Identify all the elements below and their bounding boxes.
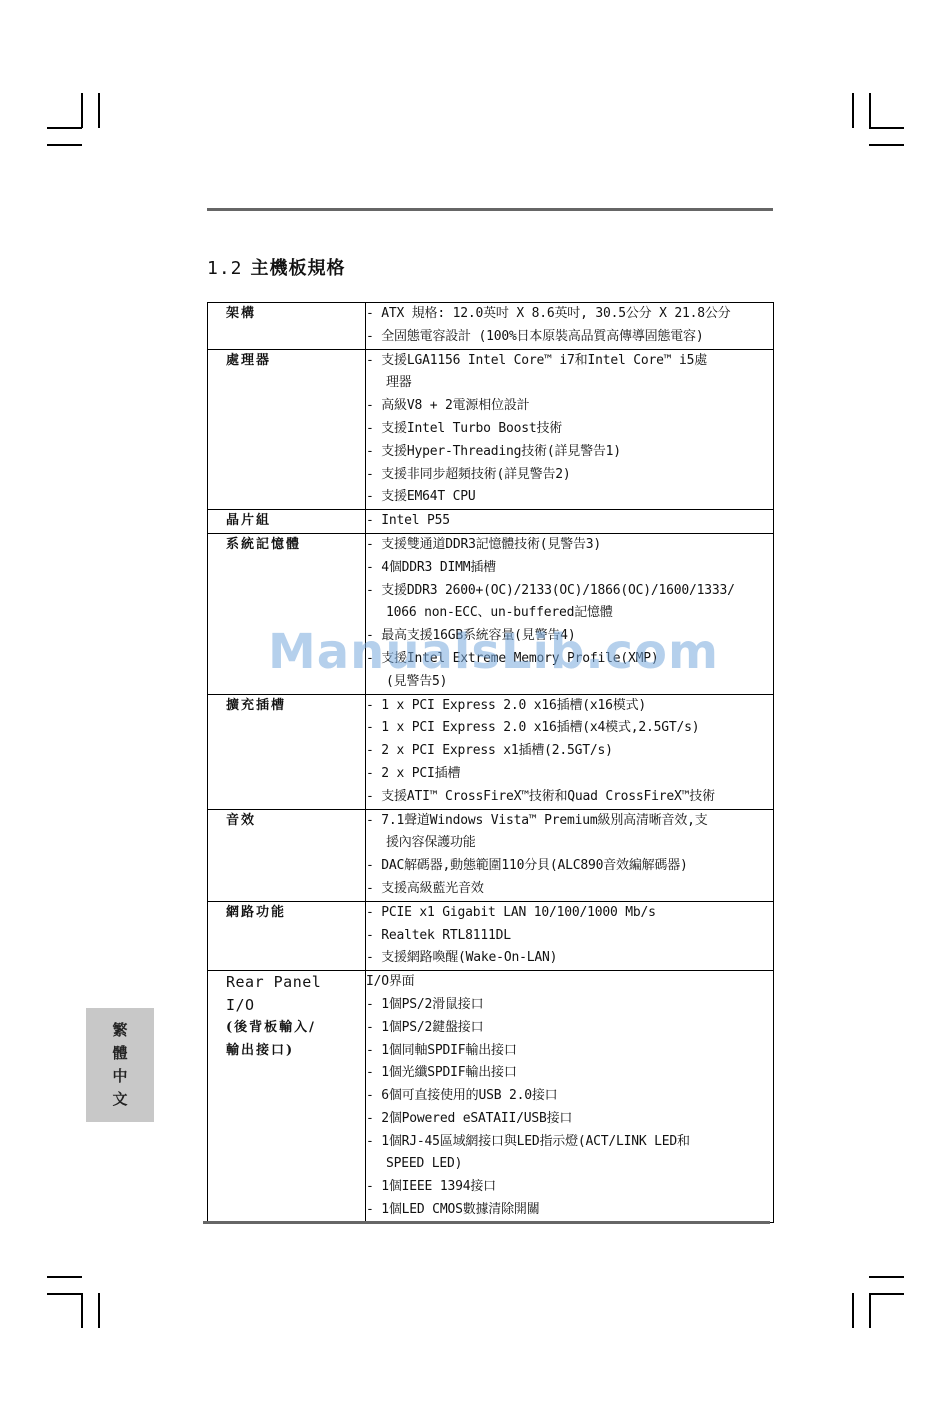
spec-row: 網路功能- PCIE x1 Gigabit LAN 10/100/1000 Mb… [208, 901, 774, 970]
spec-row: 架構- ATX 規格: 12.0英吋 X 8.6英吋, 30.5公分 X 21.… [208, 303, 774, 350]
spec-item: - 2個Powered eSATAII/USB接口 [366, 1108, 773, 1131]
section-heading: 1.2主機板規格 [207, 254, 346, 280]
spec-label-cell: 系統記憶體 [208, 533, 366, 694]
spec-items-cell: - 支援雙通道DDR3記憶體技術(見警告3)- 4個DDR3 DIMM插槽- 支… [366, 533, 774, 694]
spec-label-cell: Rear PanelI/O(後背板輸入/ 輸出接口) [208, 971, 366, 1223]
crop-mark-top-right-v2 [869, 93, 871, 128]
crop-mark-bottom-right-v2 [869, 1293, 871, 1328]
spec-label: 網路功能 [226, 902, 365, 925]
spec-items-cell: - 7.1聲道Windows Vista™ Premium級別高清晰音效,支 援… [366, 809, 774, 901]
crop-mark-bottom-left-v1 [81, 1293, 83, 1328]
spec-item: - 1個LED CMOS數據清除開關 [366, 1199, 773, 1222]
spec-items-cell: - ATX 規格: 12.0英吋 X 8.6英吋, 30.5公分 X 21.8公… [366, 303, 774, 350]
spec-item: - 6個可直接使用的USB 2.0接口 [366, 1085, 773, 1108]
spec-item: - 支援Intel Extreme Memory Profile(XMP) [366, 648, 773, 671]
spec-label: 處理器 [226, 350, 365, 373]
spec-item: - 支援Hyper-Threading技術(詳見警告1) [366, 441, 773, 464]
spec-item: - 支援高級藍光音效 [366, 878, 773, 901]
side-tab-char: 中 [112, 1065, 127, 1088]
spec-item: 理器 [366, 372, 773, 395]
crop-mark-bottom-left-v2 [98, 1293, 100, 1328]
spec-label: (後背板輸入/ [226, 1017, 365, 1040]
spec-item: - 支援LGA1156 Intel Core™ i7和Intel Core™ i… [366, 350, 773, 373]
spec-item: - 支援網路喚醒(Wake-On-LAN) [366, 947, 773, 970]
crop-mark-bottom-right-h2 [869, 1293, 904, 1295]
crop-mark-top-right-h1 [869, 127, 904, 129]
spec-label-cell: 音效 [208, 809, 366, 901]
crop-mark-bottom-left-h1 [47, 1276, 82, 1278]
spec-row: 晶片組- Intel P55 [208, 510, 774, 534]
crop-mark-top-right-h2 [869, 144, 904, 146]
crop-mark-top-left-v1 [81, 93, 83, 128]
side-tab-char: 文 [112, 1088, 127, 1111]
spec-item: - 支援ATI™ CrossFireX™技術和Quad CrossFireX™技… [366, 786, 773, 809]
spec-items-cell: - Intel P55 [366, 510, 774, 534]
spec-row: 音效- 7.1聲道Windows Vista™ Premium級別高清晰音效,支… [208, 809, 774, 901]
spec-item: - DAC解碼器,動態範圍110分貝(ALC890音效編解碼器) [366, 855, 773, 878]
spec-item: - 1個同軸SPDIF輸出接口 [366, 1040, 773, 1063]
spec-item: - 高級V8 + 2電源相位設計 [366, 395, 773, 418]
spec-item: SPEED LED) [366, 1153, 773, 1176]
spec-label-cell: 架構 [208, 303, 366, 350]
spec-label: I/O [226, 994, 365, 1017]
spec-item: - 1 x PCI Express 2.0 x16插槽(x4模式,2.5GT/s… [366, 717, 773, 740]
spec-items-cell: - 支援LGA1156 Intel Core™ i7和Intel Core™ i… [366, 349, 774, 510]
crop-mark-top-left-h1 [47, 127, 82, 129]
spec-table: 架構- ATX 規格: 12.0英吋 X 8.6英吋, 30.5公分 X 21.… [207, 302, 774, 1223]
spec-item: (見警告5) [366, 671, 773, 694]
spec-items-cell: - 1 x PCI Express 2.0 x16插槽(x16模式)- 1 x … [366, 694, 774, 809]
crop-mark-top-right-v1 [852, 93, 854, 128]
spec-item: I/O界面 [366, 971, 773, 994]
spec-label: 音效 [226, 810, 365, 833]
crop-mark-bottom-right-h1 [869, 1276, 904, 1278]
spec-item: - Realtek RTL8111DL [366, 925, 773, 948]
spec-label: Rear Panel [226, 971, 365, 994]
crop-mark-bottom-left-h2 [47, 1293, 82, 1295]
spec-label: 系統記憶體 [226, 534, 365, 557]
spec-items-cell: - PCIE x1 Gigabit LAN 10/100/1000 Mb/s- … [366, 901, 774, 970]
spec-label-cell: 網路功能 [208, 901, 366, 970]
spec-item: - 1個IEEE 1394接口 [366, 1176, 773, 1199]
spec-item: - 1個光纖SPDIF輸出接口 [366, 1062, 773, 1085]
spec-item: - 全固態電容設計 (100%日本原裝高品質高傳導固態電容) [366, 326, 773, 349]
spec-row: 擴充插槽- 1 x PCI Express 2.0 x16插槽(x16模式)- … [208, 694, 774, 809]
spec-item: - ATX 規格: 12.0英吋 X 8.6英吋, 30.5公分 X 21.8公… [366, 303, 773, 326]
spec-label-cell: 晶片組 [208, 510, 366, 534]
spec-item: - 4個DDR3 DIMM插槽 [366, 557, 773, 580]
spec-item: - Intel P55 [366, 510, 773, 533]
header-rule [207, 208, 773, 211]
spec-item: - PCIE x1 Gigabit LAN 10/100/1000 Mb/s [366, 902, 773, 925]
spec-item: - 支援DDR3 2600+(OC)/2133(OC)/1866(OC)/160… [366, 580, 773, 603]
spec-item: - 1 x PCI Express 2.0 x16插槽(x16模式) [366, 695, 773, 718]
section-number: 1.2 [207, 258, 243, 279]
spec-label: 架構 [226, 303, 365, 326]
spec-item: - 2 x PCI插槽 [366, 763, 773, 786]
spec-label: 晶片組 [226, 510, 365, 533]
spec-label: 輸出接口) [226, 1040, 365, 1063]
spec-row: Rear PanelI/O(後背板輸入/ 輸出接口)I/O界面- 1個PS/2滑… [208, 971, 774, 1223]
crop-mark-bottom-right-v1 [852, 1293, 854, 1328]
spec-row: 處理器- 支援LGA1156 Intel Core™ i7和Intel Core… [208, 349, 774, 510]
language-side-tab: 繁 體 中 文 [86, 1008, 154, 1122]
spec-item: - 1個PS/2滑鼠接口 [366, 994, 773, 1017]
spec-row: 系統記憶體- 支援雙通道DDR3記憶體技術(見警告3)- 4個DDR3 DIMM… [208, 533, 774, 694]
spec-item: 1066 non-ECC、un-buffered記憶體 [366, 602, 773, 625]
spec-item: - 支援Intel Turbo Boost技術 [366, 418, 773, 441]
spec-item: - 1個PS/2鍵盤接口 [366, 1017, 773, 1040]
spec-item: - 7.1聲道Windows Vista™ Premium級別高清晰音效,支 [366, 810, 773, 833]
footer-rule [203, 1221, 770, 1224]
spec-item: 援內容保護功能 [366, 832, 773, 855]
spec-item: - 2 x PCI Express x1插槽(2.5GT/s) [366, 740, 773, 763]
spec-item: - 1個RJ-45區域網接口與LED指示燈(ACT/LINK LED和 [366, 1131, 773, 1154]
spec-item: - 最高支援16GB系統容量(見警告4) [366, 625, 773, 648]
spec-label-cell: 擴充插槽 [208, 694, 366, 809]
spec-label-cell: 處理器 [208, 349, 366, 510]
crop-mark-top-left-h2 [47, 144, 82, 146]
crop-mark-top-left-v2 [98, 93, 100, 128]
section-title: 主機板規格 [251, 258, 346, 279]
spec-item: - 支援非同步超頻技術(詳見警告2) [366, 464, 773, 487]
spec-item: - 支援雙通道DDR3記憶體技術(見警告3) [366, 534, 773, 557]
spec-items-cell: I/O界面- 1個PS/2滑鼠接口- 1個PS/2鍵盤接口- 1個同軸SPDIF… [366, 971, 774, 1223]
side-tab-char: 體 [112, 1042, 127, 1065]
spec-label: 擴充插槽 [226, 695, 365, 718]
spec-item: - 支援EM64T CPU [366, 486, 773, 509]
side-tab-char: 繁 [112, 1019, 127, 1042]
